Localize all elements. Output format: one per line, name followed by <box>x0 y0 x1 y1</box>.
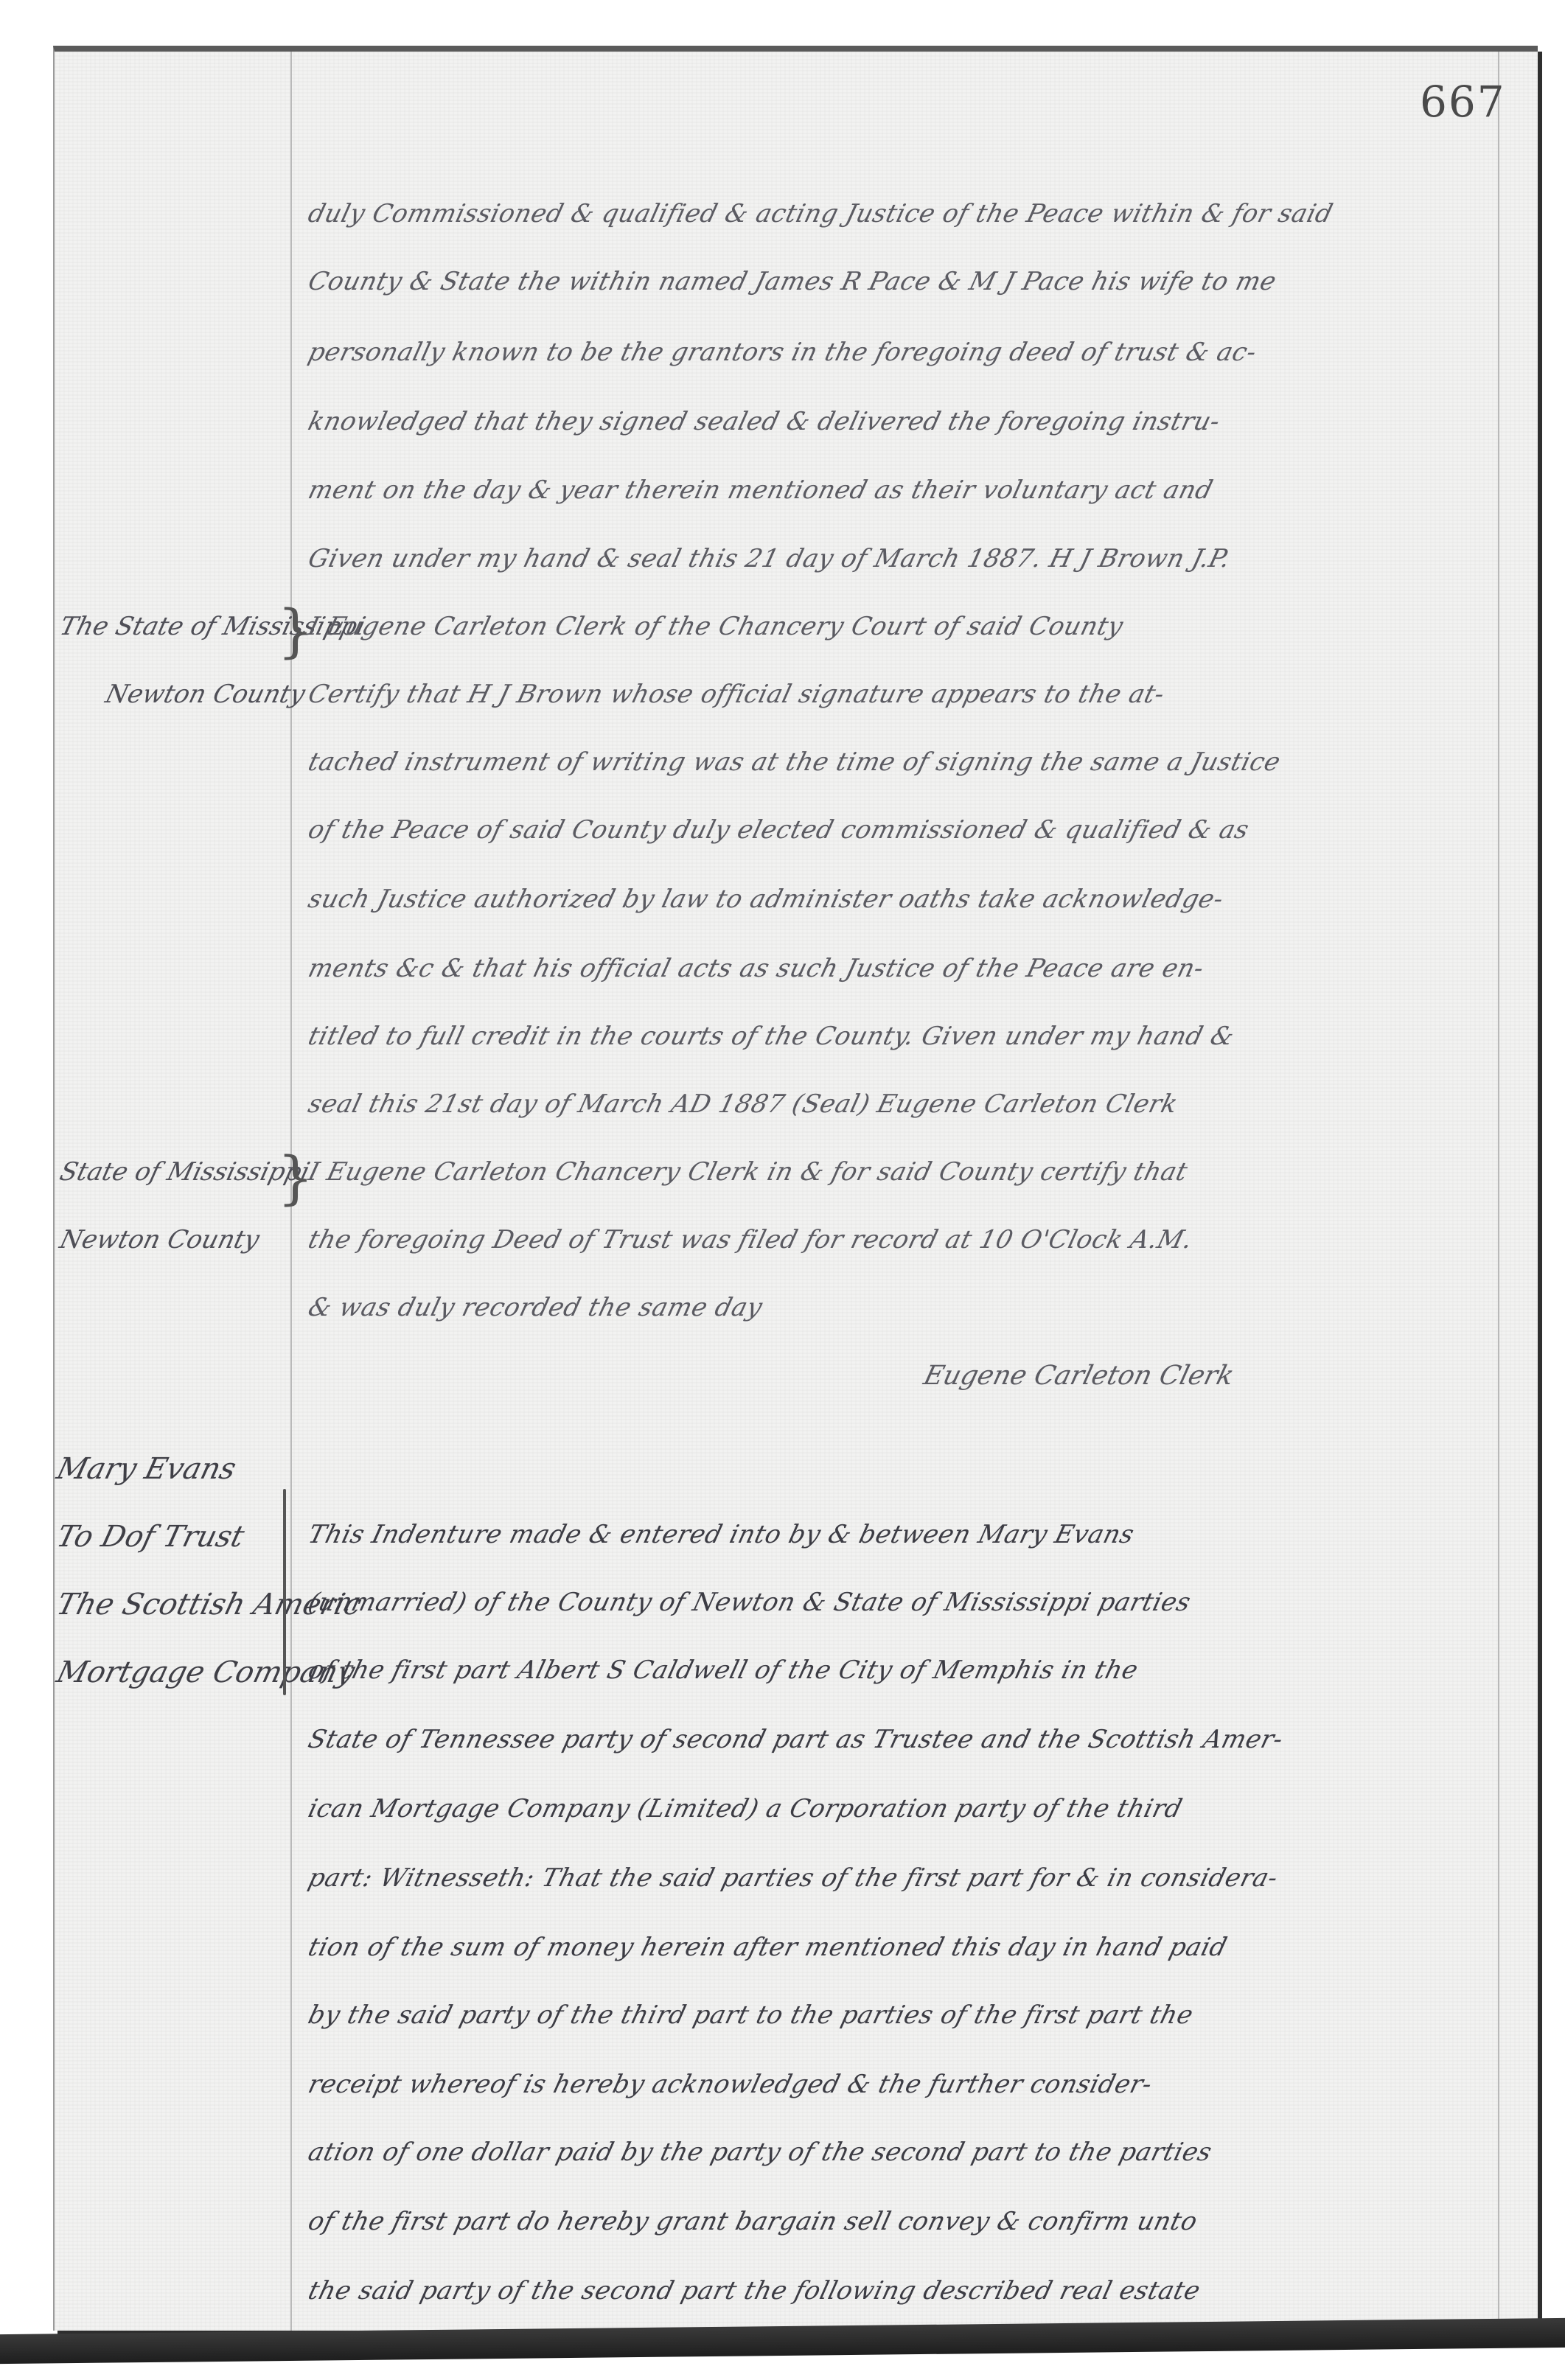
deed-line: of the first part do hereby grant bargai… <box>305 2207 1492 2236</box>
record-book-page: 667 duly Commissioned & qualified & acti… <box>53 46 1538 2331</box>
deed-line: ican Mortgage Company (Limited) a Corpor… <box>305 1794 1492 1824</box>
cert-line: of the Peace of said County duly elected… <box>305 815 1492 845</box>
deed-line: State of Tennessee party of second part … <box>305 1725 1492 1754</box>
deed-line: (unmarried) of the County of Newton & St… <box>305 1588 1492 1617</box>
deed-line: by the said party of the third part to t… <box>305 2000 1492 2030</box>
filing-line: & was duly recorded the same day <box>305 1293 1492 1322</box>
ack-line: Given under my hand & seal this 21 day o… <box>305 544 1492 573</box>
deed-line: of the first part Albert S Caldwell of t… <box>305 1655 1492 1685</box>
margin-county: Newton County <box>102 680 308 709</box>
cert-line: tached instrument of writing was at the … <box>305 747 1492 777</box>
ack-line: County & State the within named James R … <box>305 267 1492 296</box>
ack-line: ment on the day & year therein mentioned… <box>305 475 1492 505</box>
cert-line: I Eugene Carleton Clerk of the Chancery … <box>305 612 1492 641</box>
cert-line: ments &c & that his official acts as suc… <box>305 954 1492 983</box>
clerk-signature: Eugene Carleton Clerk <box>921 1361 1237 1391</box>
margin-county: Newton County <box>57 1225 262 1254</box>
ack-line: knowledged that they signed sealed & del… <box>305 407 1492 436</box>
ack-line: personally known to be the grantors in t… <box>305 338 1492 367</box>
cert-line: seal this 21st day of March AD 1887 (Sea… <box>305 1089 1492 1119</box>
margin-grantor: Mary Evans <box>53 1452 240 1486</box>
ack-line: duly Commissioned & qualified & acting J… <box>305 199 1492 228</box>
deed-line: part: Witnesseth: That the said parties … <box>305 1863 1492 1893</box>
margin-instrument: To Dof Trust <box>53 1520 248 1554</box>
filing-line: I Eugene Carleton Chancery Clerk in & fo… <box>305 1157 1492 1187</box>
cert-line: Certify that H J Brown whose official si… <box>305 680 1492 709</box>
deed-line: ation of one dollar paid by the party of… <box>305 2138 1492 2167</box>
deed-line: tion of the sum of money herein after me… <box>305 1933 1492 1962</box>
cert-line: titled to full credit in the courts of t… <box>305 1022 1492 1051</box>
deed-line: the said party of the second part the fo… <box>305 2276 1492 2306</box>
page-number: 667 <box>1420 77 1506 127</box>
filing-line: the foregoing Deed of Trust was filed fo… <box>305 1225 1492 1254</box>
deed-line: receipt whereof is hereby acknowledged &… <box>305 2070 1492 2099</box>
right-margin-rule <box>1498 52 1499 2331</box>
cert-line: such Justice authorized by law to admini… <box>305 884 1492 914</box>
margin-state: State of Mississippi <box>57 1157 313 1187</box>
deed-line: This Indenture made & entered into by & … <box>305 1520 1492 1549</box>
brace <box>283 1489 286 1695</box>
